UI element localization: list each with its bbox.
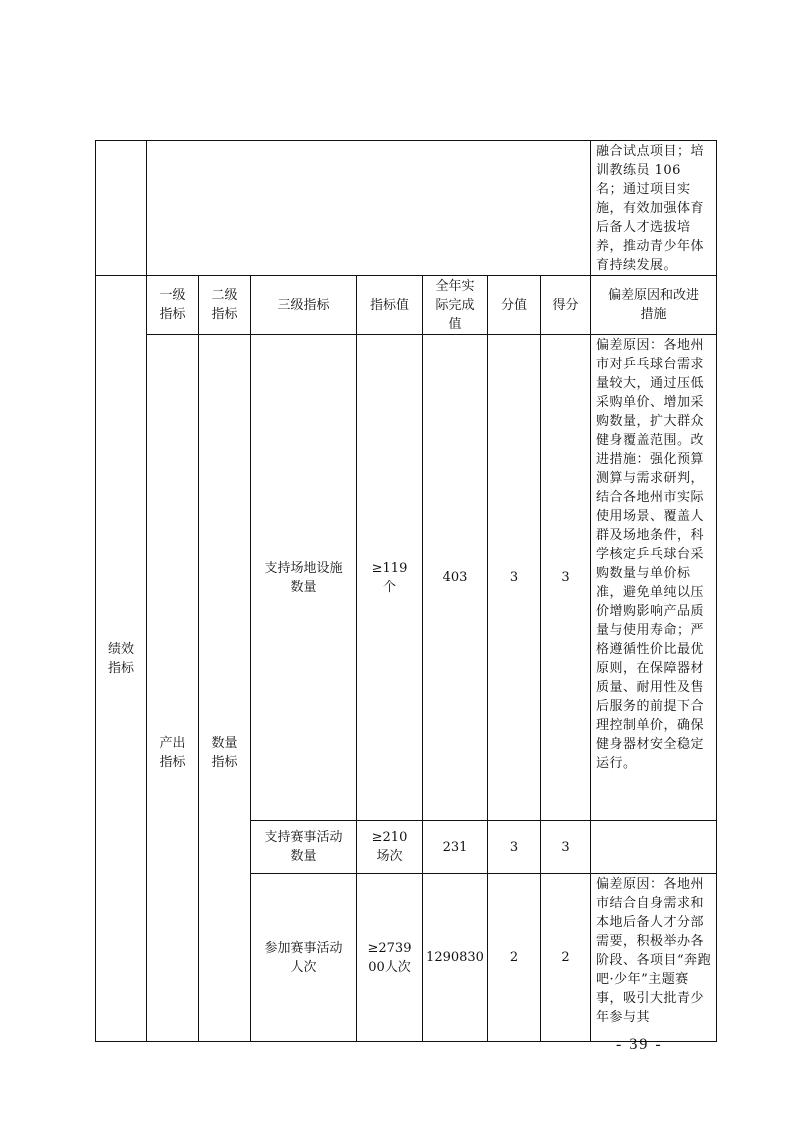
target-cell: ≥119个 <box>357 335 423 821</box>
header-row: 绩效指标 一级指标 二级指标 三级指标 指标值 全年实际完成值 分值 得分 偏差… <box>96 276 717 335</box>
empty-cell <box>96 141 147 276</box>
page-number: - 39 - <box>616 1036 663 1054</box>
target-text: ≥119个 <box>369 559 411 597</box>
indicator-cell: 支持场地设施数量 <box>251 335 357 821</box>
indicator-cell: 支持赛事活动数量 <box>251 821 357 874</box>
section-label: 绩效指标 <box>96 276 147 1042</box>
header-level2-text: 二级指标 <box>211 286 239 324</box>
header-actual: 全年实际完成值 <box>423 276 488 335</box>
target-cell: ≥273900人次 <box>357 874 423 1042</box>
continuation-text: 融合试点项目；培训教练员 106 名；通过项目实施，有效加强体育后备人才选拔培养… <box>591 141 717 276</box>
header-target: 指标值 <box>357 276 423 335</box>
deviation-cell: 偏差原因：各地州市对乒乓球台需求量较大，通过压低采购单价、增加采购数量，扩大群众… <box>591 335 717 821</box>
header-actual-text: 全年实际完成值 <box>434 277 476 334</box>
score-cell: 2 <box>541 874 591 1042</box>
score-value-cell: 3 <box>488 821 541 874</box>
target-cell: ≥210场次 <box>357 821 423 874</box>
header-deviation: 偏差原因和改进措施 <box>591 276 717 335</box>
header-level2: 二级指标 <box>199 276 251 335</box>
empty-cell <box>147 141 591 276</box>
actual-cell: 403 <box>423 335 488 821</box>
header-level1-text: 一级指标 <box>159 286 187 324</box>
indicator-text: 支持赛事活动数量 <box>262 828 346 866</box>
header-score: 得分 <box>541 276 591 335</box>
level2-text: 数量指标 <box>211 604 239 772</box>
actual-cell: 1290830 <box>423 874 488 1042</box>
continuation-row: 融合试点项目；培训教练员 106 名；通过项目实施，有效加强体育后备人才选拔培养… <box>96 141 717 276</box>
score-cell: 3 <box>541 335 591 821</box>
section-label-text: 绩效指标 <box>104 640 138 678</box>
score-value-cell: 2 <box>488 874 541 1042</box>
indicator-text: 参加赛事活动人次 <box>262 939 346 977</box>
target-text: ≥210场次 <box>369 828 411 866</box>
actual-cell: 231 <box>423 821 488 874</box>
level2-cell: 数量指标 <box>199 335 251 1042</box>
indicator-text: 支持场地设施数量 <box>262 559 346 597</box>
level1-cell: 产出指标 <box>147 335 199 1042</box>
score-value-cell: 3 <box>488 335 541 821</box>
table-row: 产出指标 数量指标 支持场地设施数量 ≥119个 403 3 3 偏差原因：各地… <box>96 335 717 821</box>
target-text: ≥273900人次 <box>364 939 416 977</box>
header-level3: 三级指标 <box>251 276 357 335</box>
level1-text: 产出指标 <box>159 604 187 772</box>
deviation-cell <box>591 821 717 874</box>
header-deviation-text: 偏差原因和改进措施 <box>604 286 704 324</box>
deviation-cell: 偏差原因：各地州市结合自身需求和本地后备人才分部需要，积极举办各阶段、各项目“奔… <box>591 874 717 1042</box>
indicator-cell: 参加赛事活动人次 <box>251 874 357 1042</box>
header-level1: 一级指标 <box>147 276 199 335</box>
header-score-value: 分值 <box>488 276 541 335</box>
performance-indicator-table: 融合试点项目；培训教练员 106 名；通过项目实施，有效加强体育后备人才选拔培养… <box>95 140 717 1042</box>
score-cell: 3 <box>541 821 591 874</box>
